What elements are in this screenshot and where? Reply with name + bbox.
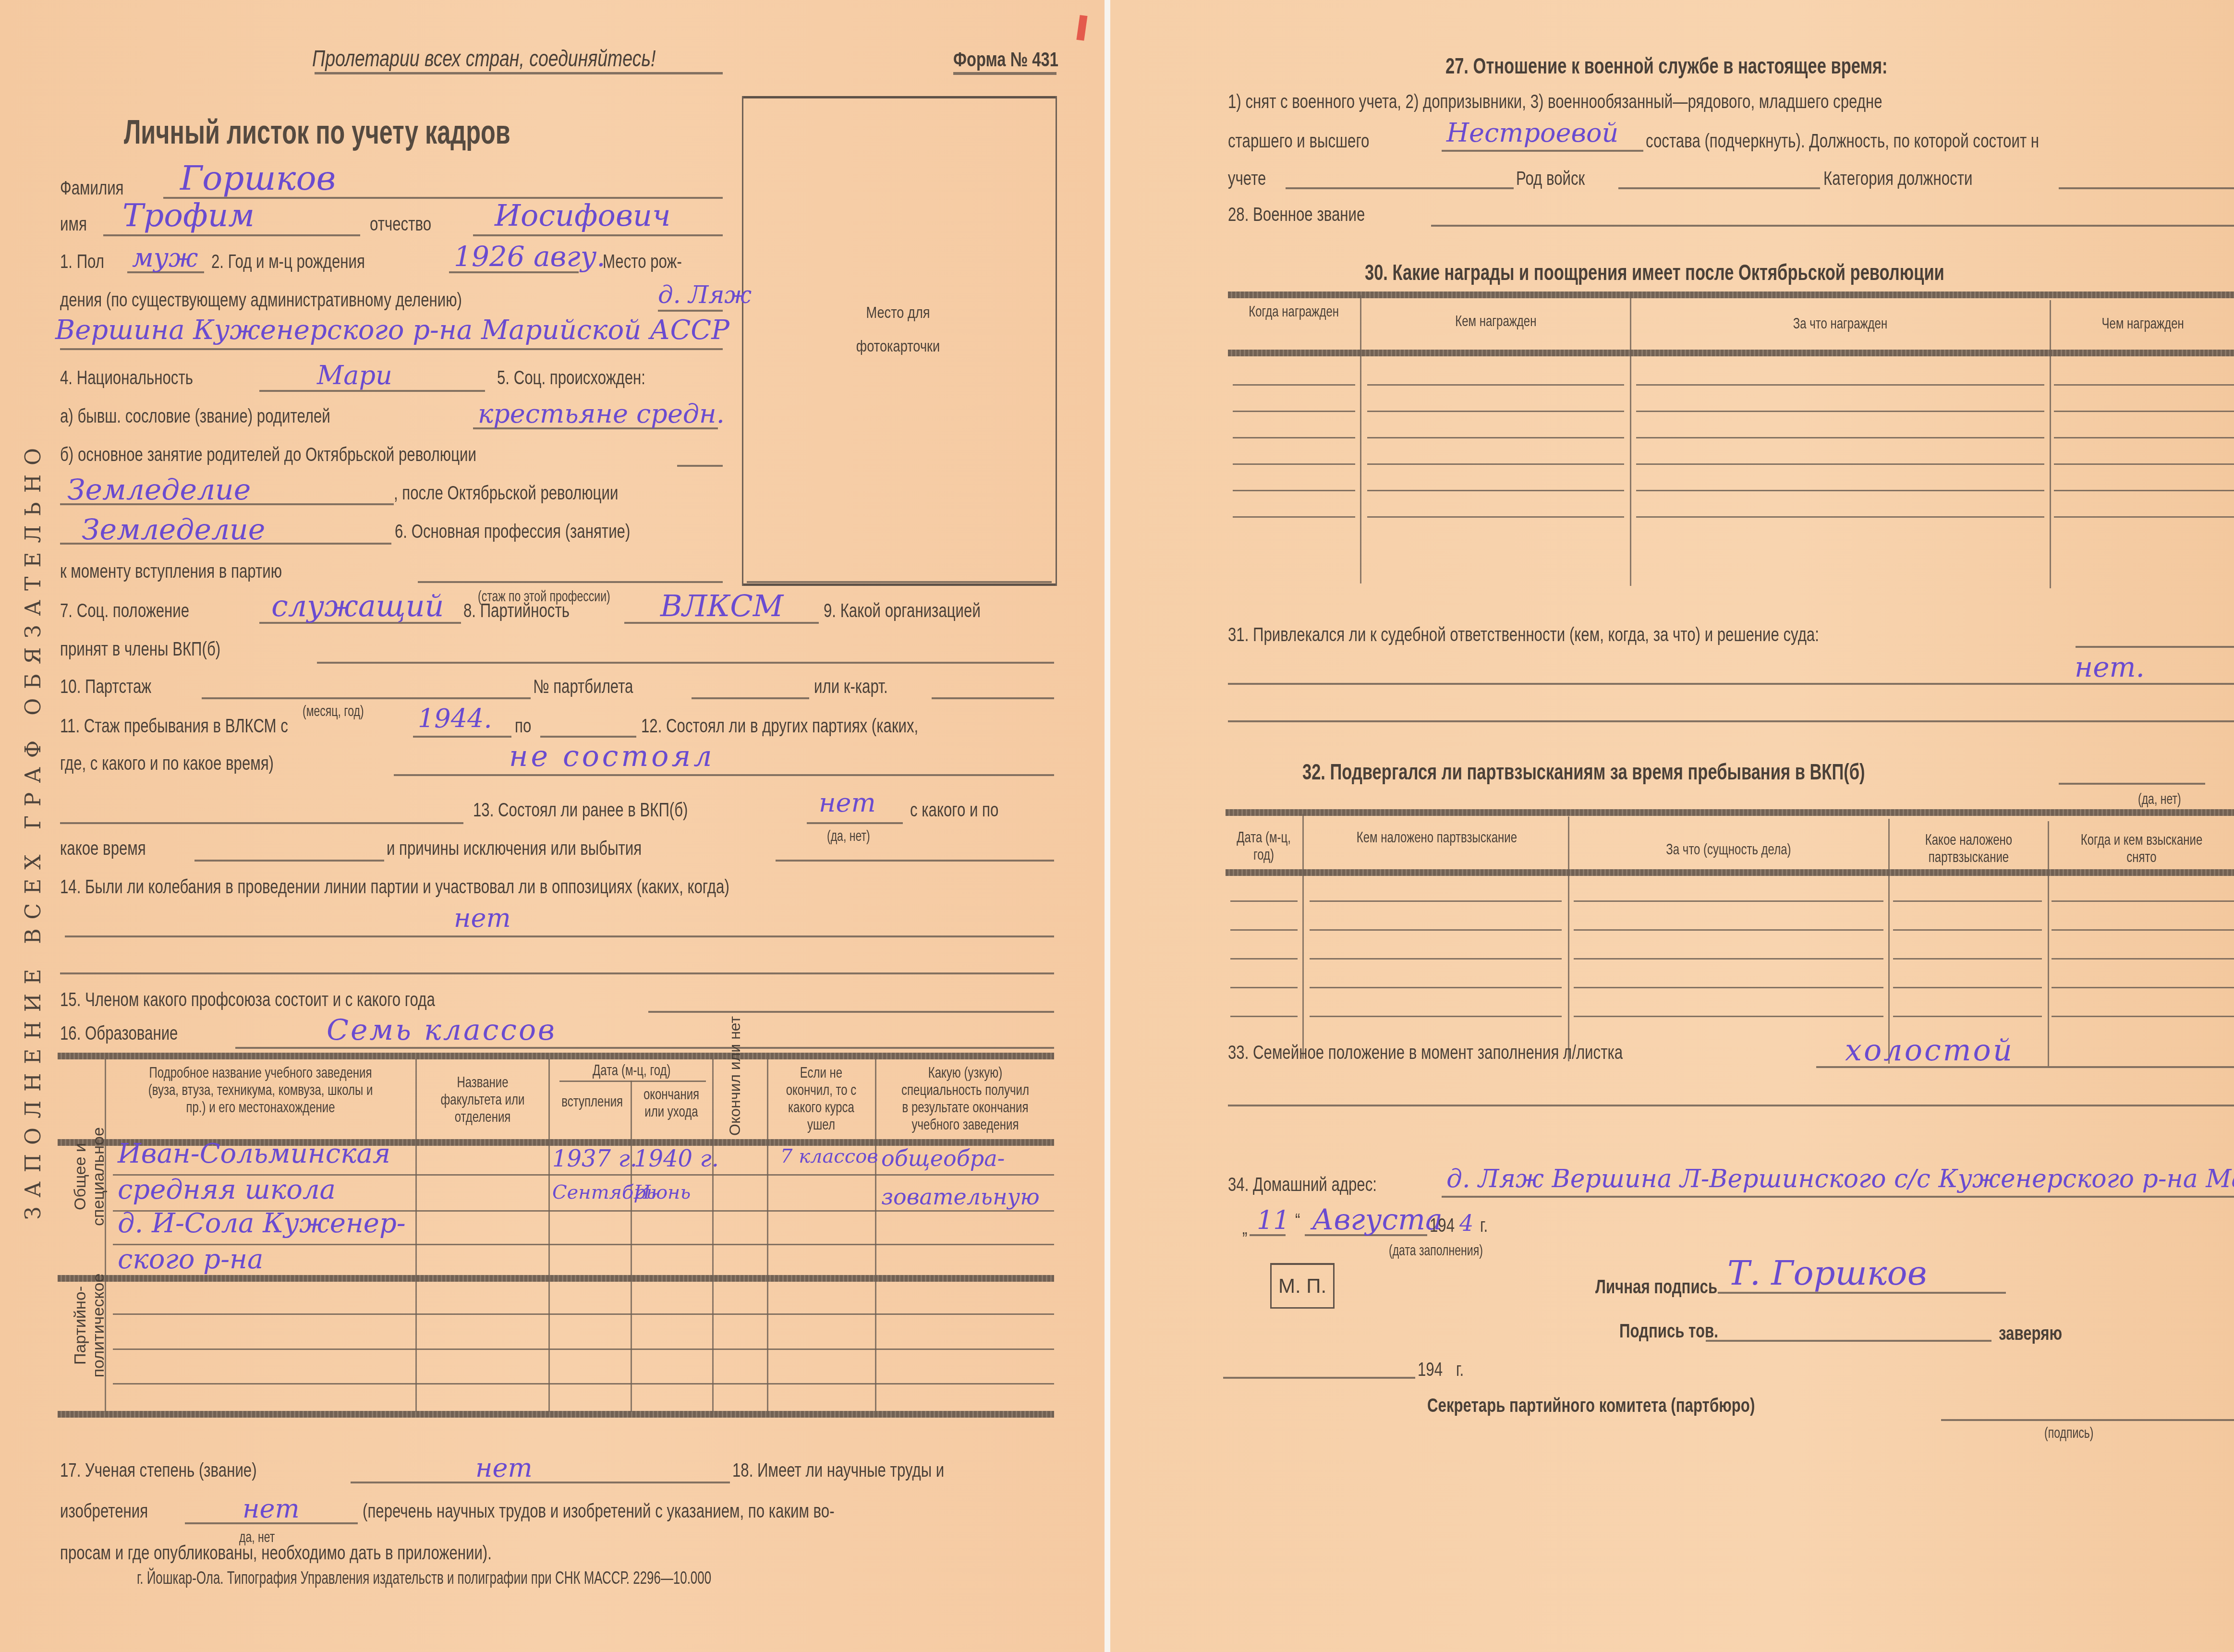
birth-label: 2. Год и м-ц рождения (211, 251, 365, 273)
occupation-after-value[interactable]: Земледелие (82, 513, 265, 547)
organization-label-2: принят в члены ВКП(б) (60, 639, 220, 660)
patronymic-value[interactable]: Иосифович (495, 198, 671, 233)
first-name-label: имя (60, 214, 87, 235)
q33-label: 33. Семейное положение в момент заполнен… (1228, 1042, 1623, 1064)
photo-label-1: Место для (835, 304, 961, 322)
other-parties-label-1: 12. Состоял ли в других партиях (каких, (641, 716, 918, 737)
side-banner: ЗАПОЛНЕНИЕ ВСЕХ ГРАФ ОБЯЗАТЕЛЬНО (21, 439, 46, 1220)
estate-label: а) бывш. сословие (звание) родителей (60, 406, 330, 427)
fill-date-day[interactable]: 11 (1257, 1205, 1290, 1236)
personal-signature-label: Личная подпись (1595, 1276, 1717, 1298)
fill-date-hint: (дата заполнения) (1389, 1241, 1483, 1259)
table-section-rule (58, 1275, 1054, 1282)
col-entered: вступления (551, 1093, 628, 1110)
komsomol-from-value[interactable]: 1944. (418, 704, 492, 734)
table-top-rule (58, 1053, 1054, 1059)
q32-heading: 32. Подвергался ли партвзысканиям за вре… (1302, 759, 1865, 785)
other-parties-label-2: где, с какого и по какое время) (60, 753, 274, 775)
q27-line3-c: Категория должности (1823, 168, 1972, 190)
cert-year: 194 (1418, 1359, 1443, 1381)
trade-union-label: 15. Членом какого профсоюза состоит и с … (60, 989, 435, 1011)
certify-label: Подпись тов. (1619, 1321, 1718, 1342)
q30-col-award: Чем награжден (2052, 315, 2234, 332)
patronymic-label: отчество (370, 214, 431, 235)
surname-label: Фамилия (60, 178, 123, 199)
komsomol-to-label: по (515, 716, 531, 737)
exclusion-label: и причины исключения или выбытия (387, 838, 642, 860)
education-value[interactable]: Семь классов (327, 1013, 557, 1047)
works-label: 18. Имеет ли научные труды и (732, 1460, 944, 1482)
q27-line3-b: Род войск (1516, 168, 1585, 190)
certify-suffix: заверяю (1999, 1323, 2062, 1345)
col-finished: Окончил или нет (726, 1016, 744, 1136)
other-parties-value[interactable]: не состоял (509, 740, 715, 773)
nationality-label: 4. Национальность (60, 367, 193, 389)
birthplace-value-2[interactable]: Вершина Куженерского р-на Марийской АССР (55, 315, 729, 346)
imprint: г. Йошкар-Ола. Типография Управления изд… (137, 1568, 711, 1588)
q27-line2-a: старшего и высшего (1228, 131, 1369, 152)
right-page: 27. Отношение к военной службе в настоящ… (1110, 0, 2234, 1652)
estate-value[interactable]: крестьяне средн. (478, 399, 725, 429)
secretary-label: Секретарь партийного комитета (партбюро) (1427, 1395, 1755, 1417)
q28-label: 28. Военное звание (1228, 204, 1365, 226)
opposition-value[interactable]: нет (454, 903, 511, 933)
previously-from-label: с какого и по (910, 800, 998, 821)
fill-date-month[interactable]: Августа (1312, 1203, 1443, 1237)
q32-col-removed: Когда и кем взыскание снято (2049, 831, 2234, 865)
komsomol-label: 11. Стаж пребывания в ВЛКСМ с (60, 716, 288, 737)
slogan: Пролетарии всех стран, соединяйтесь! (312, 46, 656, 72)
q30-header-rule (1228, 350, 2234, 356)
party-tenure-hint: (месяц, год) (303, 702, 364, 720)
col-date: Дата (м-ц, год) (552, 1061, 711, 1079)
party-label: 8. Партийность (463, 600, 570, 622)
education-label: 16. Образование (60, 1023, 178, 1045)
first-name-value[interactable]: Трофим (122, 197, 255, 234)
q32-col-for-what: За что (сущность дела) (1571, 840, 1886, 858)
table-bottom-rule (58, 1411, 1054, 1418)
col-left: окончания или ухода (633, 1085, 710, 1120)
q27-line1: 1) снят с военного учета, 2) допризывник… (1228, 91, 1882, 113)
profession-label-2: к моменту вступления в партию (60, 561, 282, 583)
form-number: Форма № 431 (953, 48, 1058, 71)
q32-col-date: Дата (м-ц, год) (1226, 828, 1301, 863)
q32-header-rule (1226, 869, 2234, 876)
q27-line2-value[interactable]: Нестроевой (1446, 118, 1618, 148)
q30-top-rule (1228, 292, 2234, 298)
q33-value[interactable]: холостой (1845, 1032, 2014, 1068)
social-status-value[interactable]: служащий (271, 588, 444, 623)
party-tenure-label: 10. Партстаж (60, 676, 151, 698)
q31-value[interactable]: нет. (2075, 651, 2145, 683)
personal-signature[interactable]: Т. Горшков (1727, 1253, 1927, 1293)
section-party: Партийно-политическое (71, 1258, 108, 1393)
occupation-before-value[interactable]: Земледелие (67, 473, 251, 507)
q32-col-penalty: Какое наложено партвзыскание (1891, 831, 2047, 865)
previously-label: 13. Состоял ли ранее в ВКП(б) (473, 800, 688, 821)
works-note-2: просам и где опубликованы, необходимо да… (60, 1543, 492, 1564)
sex-label: 1. Пол (60, 251, 104, 273)
nationality-value[interactable]: Мари (317, 360, 392, 390)
q32-top-rule (1226, 809, 2234, 816)
secretary-hint: (подпись) (2044, 1424, 2093, 1442)
profession-label-1: 6. Основная профессия (занятие) (395, 521, 630, 543)
fill-date-year-suffix[interactable]: 4 (1459, 1210, 1473, 1236)
col-faculty: Название факультета или отделения (423, 1073, 543, 1125)
organization-label-1: 9. Какой организацией (824, 600, 981, 622)
q27-line2-b: состава (подчеркнуть). Должность, по кот… (1646, 131, 2039, 152)
degree-value[interactable]: нет (475, 1453, 533, 1483)
q30-col-for-what: За что награжден (1634, 315, 2047, 332)
occupation-before-label: б) основное занятие родителей до Октябрь… (60, 444, 476, 466)
social-origin-label: 5. Соц. происхожден: (497, 367, 645, 389)
q27-line3-a: учете (1228, 168, 1266, 190)
social-status-label: 7. Соц. положение (60, 600, 189, 622)
party-value[interactable]: ВЛКСМ (660, 588, 783, 623)
fill-date-year-unit: г. (1480, 1215, 1488, 1237)
q34-label: 34. Домашний адрес: (1228, 1174, 1377, 1196)
previously-value[interactable]: нет (819, 788, 876, 818)
works-label-2: изобретения (60, 1501, 148, 1522)
q30-col-when: Когда награжден (1230, 303, 1358, 320)
q32-hint: (да, нет) (2138, 790, 2181, 808)
degree-label: 17. Ученая степень (звание) (60, 1460, 257, 1482)
sex-value[interactable]: муж (132, 243, 198, 273)
q32-col-by-whom: Кем наложено партвзыскание (1307, 828, 1566, 846)
col-specialty: Какую (узкую) специальность получил в ре… (876, 1064, 1054, 1133)
party-card-label: № партбилета (533, 676, 633, 698)
birth-value[interactable]: 1926 авгу. (454, 240, 606, 273)
q30-heading: 30. Какие награды и поощрения имеет посл… (1365, 259, 1944, 285)
photo-label-2: фотокарточки (835, 337, 961, 356)
birthplace-value-1[interactable]: д. Ляж (658, 281, 752, 309)
page-title: Личный листок по учету кадров (124, 113, 510, 151)
fill-date-year-prefix: 194 (1430, 1215, 1455, 1237)
birthplace-label-2: дения (по существующему административном… (60, 290, 462, 311)
left-page: Пролетарии всех стран, соединяйтесь! Фор… (0, 0, 1105, 1652)
q30-col-by-whom: Кем награжден (1362, 312, 1629, 329)
works-value[interactable]: нет (243, 1494, 300, 1524)
candidate-card-label: или к-карт. (814, 676, 888, 698)
col-course: Если не окончил, то с какого курса ушел (768, 1064, 874, 1133)
works-note-1: (перечень научных трудов и изобретений с… (363, 1501, 835, 1522)
q31-label: 31. Привлекался ли к судебной ответствен… (1228, 624, 1819, 646)
previously-hint: (да, нет) (827, 827, 870, 845)
q34-value[interactable]: д. Ляж Вершина Л-Вершинского с/с Куженер… (1446, 1165, 2234, 1193)
col-institution: Подробное название учебного заведения (в… (108, 1064, 413, 1116)
q27-heading: 27. Отношение к военной службе в настоящ… (1445, 53, 1888, 79)
cert-year-unit: г. (1456, 1359, 1464, 1381)
occupation-after-label: , после Октябрьской революции (394, 483, 618, 504)
opposition-label: 14. Были ли колебания в проведении линии… (60, 876, 729, 898)
stamp-placeholder: М. П. (1270, 1263, 1335, 1309)
birthplace-label-1: Место рож- (603, 251, 682, 273)
section-general: Общее и специальное (71, 1100, 108, 1253)
surname-value[interactable]: Горшков (180, 158, 336, 198)
previously-time-label: какое время (60, 838, 146, 860)
